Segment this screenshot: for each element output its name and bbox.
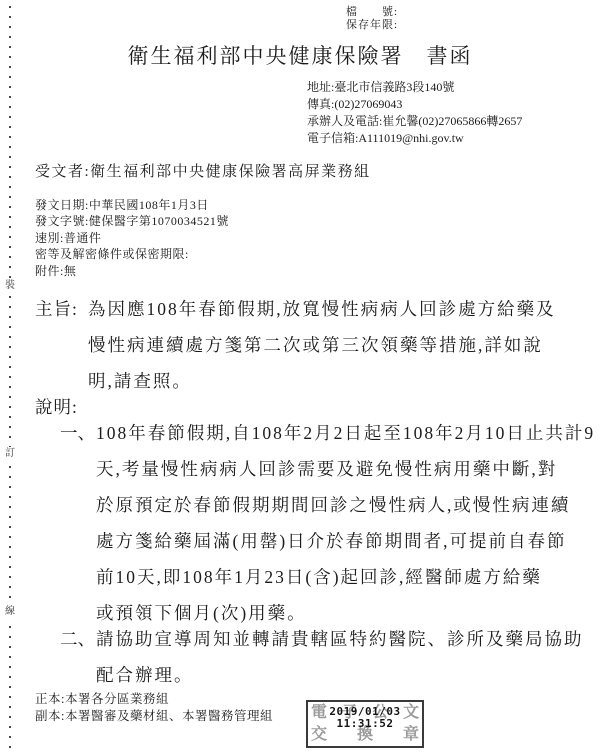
binding-dotted-line [9,6,11,750]
item-line: 處方箋給藥屆滿(用罄)日介於春節期間者,可提前自春節 [96,523,595,559]
item-line: 於原預定於春節假期期間回診之慢性病人,或慢性病連續 [96,487,595,523]
binding-mark-zhuang: 裝 [2,279,18,293]
subject-line: 為因應108年春節假期,放寬慢性病病人回診處方給藥及 [88,291,556,327]
item-line: 天,考量慢性病病人回診需要及避免慢性病用藥中斷,對 [96,451,595,487]
agency-fax: 傳真:(02)27069043 [307,96,522,113]
subject-section: 主旨: 為因應108年春節假期,放寬慢性病病人回診處方給藥及 慢性病連續處方箋第… [35,291,556,399]
file-number-label: 檔 號: [346,6,398,19]
item-number: 二、 [60,621,95,657]
doc-number-line: 發文字號:健保醫字第1070034521號 [35,213,229,229]
retention-period-label: 保存年限: [346,19,398,32]
carbon-copy-line: 副本:本署醫審及藥材組、本署醫務管理組 [35,708,273,725]
subject-line: 明,請查照。 [88,363,556,399]
recipient-line: 受文者:衛生福利部中央健康保險署高屏業務組 [35,160,371,181]
electronic-exchange-stamp: 電 子 公 文 交 換 章 2019/01/03 11:31:52 [306,700,424,748]
security-line: 密等及解密條件或保密期限: [35,246,229,262]
subject-label: 主旨: [35,291,78,327]
priority-line: 速別:普通件 [35,230,229,246]
subject-line: 慢性病連續處方箋第二次或第三次領藥等措施,詳如說 [88,327,556,363]
attachment-line: 附件:無 [35,263,229,279]
agency-info-block: 地址:臺北市信義路3段140號 傳真:(02)27069043 承辦人及電話:崔… [307,79,522,147]
official-letter-page: 裝 訂 線 檔 號: 保存年限: 衛生福利部中央健康保險署 書函 地址:臺北市信… [0,0,600,756]
agency-contact: 承辦人及電話:崔允馨(02)27065866轉2657 [307,113,522,130]
item-content: 請協助宣導周知並轉請貴轄區特約醫院、診所及藥局協助 配合辦理。 [96,621,584,693]
original-copy-line: 正本:本署各分區業務組 [35,691,273,708]
document-title: 衛生福利部中央健康保險署 書函 [0,40,600,70]
stamp-time: 11:31:52 [308,717,422,730]
binding-mark-ding: 訂 [2,447,18,461]
explanation-item-2: 二、 請協助宣導周知並轉請貴轄區特約醫院、診所及藥局協助 配合辦理。 [60,621,584,693]
binding-mark-xian: 線 [2,605,18,619]
issue-date-line: 發文日期:中華民國108年1月3日 [35,197,229,213]
distribution-block: 正本:本署各分區業務組 副本:本署醫審及藥材組、本署醫務管理組 [35,691,273,725]
explanation-item-1: 一、 108年春節假期,自108年2月2日起至108年2月10日止共計9 天,考… [60,415,595,631]
item-line: 請協助宣導周知並轉請貴轄區特約醫院、診所及藥局協助 [96,621,584,657]
item-number: 一、 [60,415,95,451]
agency-address: 地址:臺北市信義路3段140號 [307,79,522,96]
item-line: 108年春節假期,自108年2月2日起至108年2月10日止共計9 [96,415,595,451]
subject-content: 為因應108年春節假期,放寬慢性病病人回診處方給藥及 慢性病連續處方箋第二次或第… [88,291,556,399]
item-content: 108年春節假期,自108年2月2日起至108年2月10日止共計9 天,考量慢性… [96,415,595,631]
file-number-block: 檔 號: 保存年限: [346,6,398,32]
item-line: 配合辦理。 [96,657,584,693]
agency-email: 電子信箱:A111019@nhi.gov.tw [307,130,522,147]
document-meta-block: 發文日期:中華民國108年1月3日 發文字號:健保醫字第1070034521號 … [35,197,229,279]
item-line: 前10天,即108年1月23日(含)起回診,經醫師處方給藥 [96,559,595,595]
